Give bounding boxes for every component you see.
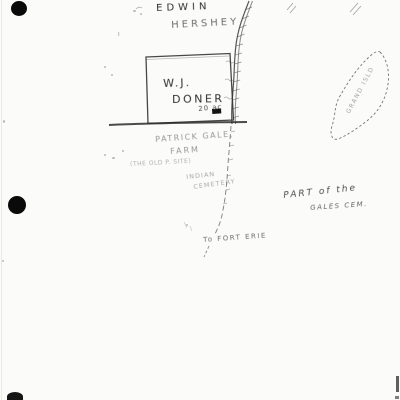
owner-name-line1: EDWIN (156, 2, 211, 14)
road-to-fort-erie (204, 246, 209, 257)
stray-tick-marks (350, 3, 361, 15)
parcel-owner-line1: W.J. (163, 77, 191, 89)
river-hatch-ticks-lower (223, 131, 235, 204)
stray-scribble (118, 7, 142, 36)
map-linework (0, 0, 400, 400)
boundary-line (109, 122, 247, 125)
stray-scribble (184, 222, 192, 231)
stray-tick-marks (287, 3, 296, 13)
scanned-map-page: EDWIN HERSHEY W.J. DONER 20 ac PATRICK G… (0, 0, 400, 400)
